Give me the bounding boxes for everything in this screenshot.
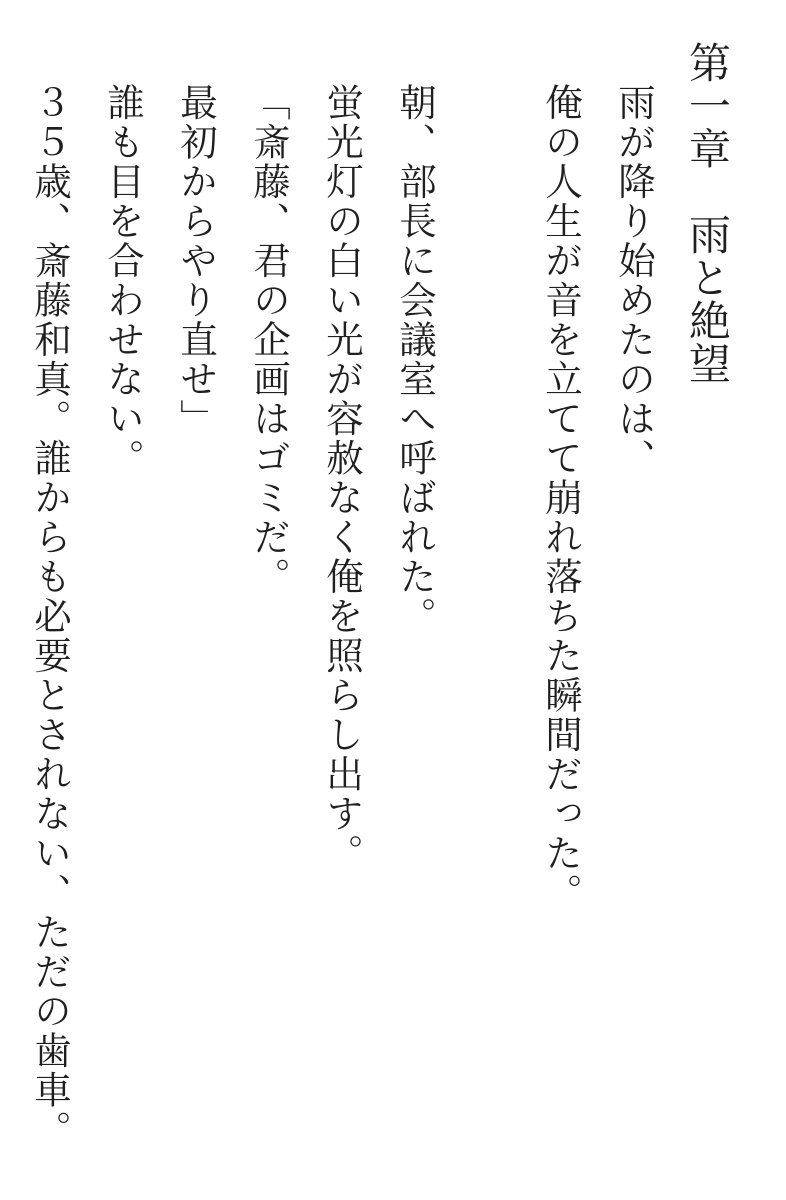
text-line-fluorescent-light: 蛍光灯の白い光が容赦なく俺を照らし出す。 <box>304 41 377 1200</box>
novel-page: 第一章 雨と絶望 雨が降り始めたのは、 俺の人生が音を立てて崩れ落ちた瞬間だった… <box>0 0 786 1200</box>
text-line-saito-kazuma-cog: ３５歳、斎藤和真。誰からも必要とされない、ただの歯車。 <box>12 41 85 1200</box>
text-line-rain-began: 雨が降り始めたのは、 <box>596 41 669 1200</box>
blank-line <box>450 41 523 1200</box>
text-line-called-to-meeting-room: 朝、部長に会議室へ呼ばれた。 <box>377 41 450 1200</box>
dialogue-line-your-plan-is-garbage: 「斎藤、君の企画はゴミだ。 <box>231 41 304 1200</box>
dialogue-line-redo-from-scratch: 最初からやり直せ」 <box>158 41 231 1200</box>
chapter-heading: 第一章 雨と絶望 <box>669 41 742 1200</box>
text-line-life-collapsed: 俺の人生が音を立てて崩れ落ちた瞬間だった。 <box>523 41 596 1200</box>
text-line-no-one-meets-eyes: 誰も目を合わせない。 <box>85 41 158 1200</box>
